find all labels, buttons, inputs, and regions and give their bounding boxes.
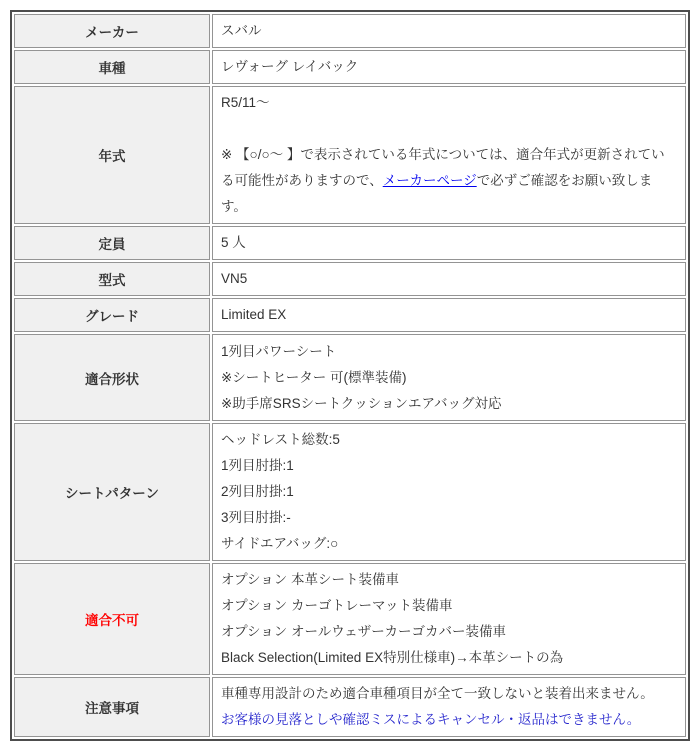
row-fit-shape-value: 1列目パワーシート ※シートヒーター 可(標準装備) ※助手席SRSシートクッシ… bbox=[212, 334, 686, 421]
value-line: ※助手席SRSシートクッションエアバッグ対応 bbox=[221, 391, 677, 417]
caution-line-black: 車種専用設計のため適合車種項目が全て一致しないと装着出来ません。 bbox=[221, 681, 677, 707]
table-row: メーカー スバル bbox=[14, 14, 686, 48]
row-grade-value: Limited EX bbox=[212, 298, 686, 332]
row-seat-pattern-label: シートパターン bbox=[14, 423, 210, 561]
value-line: 2列目肘掛:1 bbox=[221, 479, 677, 505]
value-line: ※シートヒーター 可(標準装備) bbox=[221, 365, 677, 391]
row-model-label: 車種 bbox=[14, 50, 210, 84]
row-model-value: レヴォーグ レイバック bbox=[212, 50, 686, 84]
table-row: 車種 レヴォーグ レイバック bbox=[14, 50, 686, 84]
row-not-compatible-value: オプション 本革シート装備車 オプション カーゴトレーマット装備車 オプション … bbox=[212, 563, 686, 675]
year-value-text: R5/11～ bbox=[221, 90, 677, 116]
value-line: 3列目肘掛:- bbox=[221, 505, 677, 531]
row-fit-shape-label: 適合形状 bbox=[14, 334, 210, 421]
caution-line-blue: お客様の見落としや確認ミスによるキャンセル・返品はできません。 bbox=[221, 707, 677, 733]
row-model-code-label: 型式 bbox=[14, 262, 210, 296]
value-line: オプション 本革シート装備車 bbox=[221, 567, 677, 593]
value-line: オプション オールウェザーカーゴカバー装備車 bbox=[221, 619, 677, 645]
row-year-label: 年式 bbox=[14, 86, 210, 224]
row-grade-label: グレード bbox=[14, 298, 210, 332]
table-row: 型式 VN5 bbox=[14, 262, 686, 296]
value-line: 1列目パワーシート bbox=[221, 339, 677, 365]
value-line: オプション カーゴトレーマット装備車 bbox=[221, 593, 677, 619]
blank-line bbox=[221, 116, 677, 142]
table-row: 注意事項 車種専用設計のため適合車種項目が全て一致しないと装着出来ません。 お客… bbox=[14, 677, 686, 737]
row-capacity-label: 定員 bbox=[14, 226, 210, 260]
row-seat-pattern-value: ヘッドレスト総数:5 1列目肘掛:1 2列目肘掛:1 3列目肘掛:- サイドエア… bbox=[212, 423, 686, 561]
table-row: シートパターン ヘッドレスト総数:5 1列目肘掛:1 2列目肘掛:1 3列目肘掛… bbox=[14, 423, 686, 561]
value-line: 1列目肘掛:1 bbox=[221, 453, 677, 479]
year-note: ※ 【○/○～ 】で表示されている年式については、適合年式が更新されている可能性… bbox=[221, 142, 677, 220]
row-capacity-value: 5 人 bbox=[212, 226, 686, 260]
row-model-code-value: VN5 bbox=[212, 262, 686, 296]
table-row: 年式 R5/11～ ※ 【○/○～ 】で表示されている年式については、適合年式が… bbox=[14, 86, 686, 224]
table-row: グレード Limited EX bbox=[14, 298, 686, 332]
value-line: サイドエアバッグ:○ bbox=[221, 531, 677, 557]
row-not-compatible-label: 適合不可 bbox=[14, 563, 210, 675]
row-maker-value: スバル bbox=[212, 14, 686, 48]
value-line: ヘッドレスト総数:5 bbox=[221, 427, 677, 453]
row-maker-label: メーカー bbox=[14, 14, 210, 48]
table-row: 定員 5 人 bbox=[14, 226, 686, 260]
row-year-value: R5/11～ ※ 【○/○～ 】で表示されている年式については、適合年式が更新さ… bbox=[212, 86, 686, 224]
row-caution-label: 注意事項 bbox=[14, 677, 210, 737]
value-line: Black Selection(Limited EX特別仕様車)→本革シートの為 bbox=[221, 645, 677, 671]
table-row: 適合形状 1列目パワーシート ※シートヒーター 可(標準装備) ※助手席SRSシ… bbox=[14, 334, 686, 421]
maker-page-link[interactable]: メーカーページ bbox=[383, 173, 477, 188]
vehicle-spec-table: メーカー スバル 車種 レヴォーグ レイバック 年式 R5/11～ ※ 【○/○… bbox=[10, 10, 690, 741]
row-caution-value: 車種専用設計のため適合車種項目が全て一致しないと装着出来ません。 お客様の見落と… bbox=[212, 677, 686, 737]
table-row: 適合不可 オプション 本革シート装備車 オプション カーゴトレーマット装備車 オ… bbox=[14, 563, 686, 675]
